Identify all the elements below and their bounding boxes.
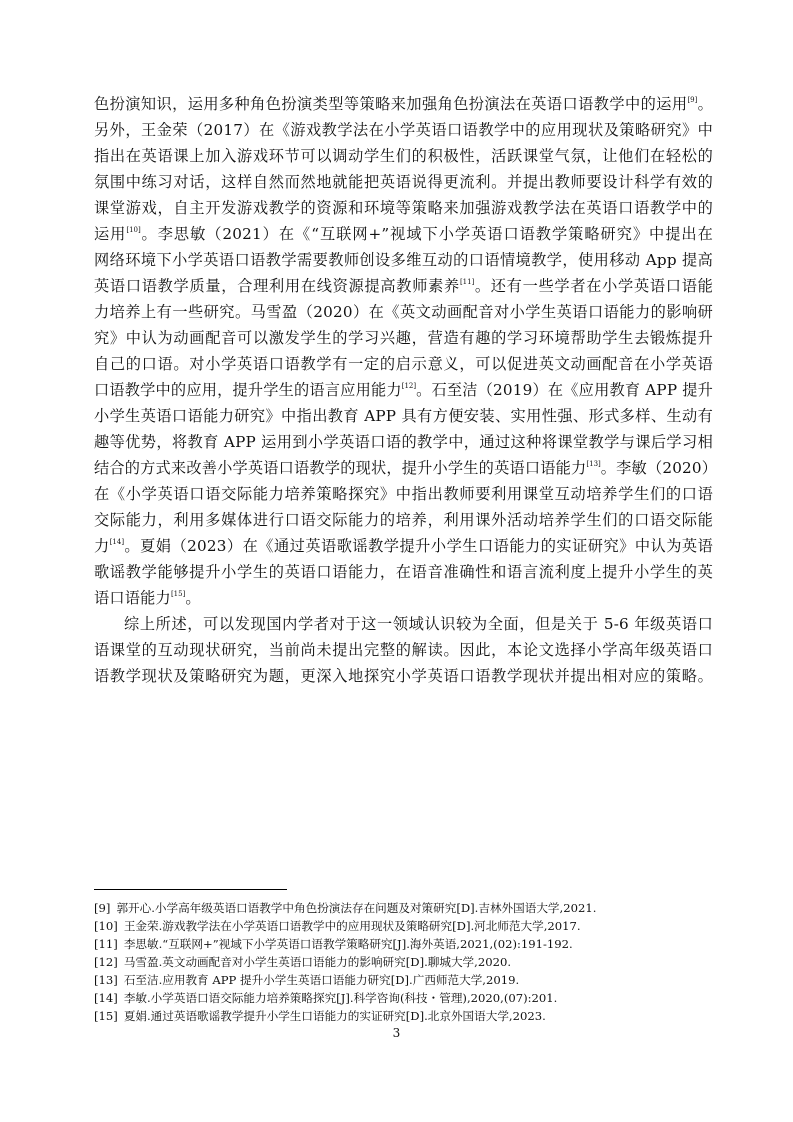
paragraph-line: 自己的口语。对小学英语口语教学有一定的启示意义，可以促进英文动画配音在小学英语	[94, 351, 713, 377]
paragraph-line: 英语口语教学质量，合理利用在线资源提高教师素养[11]。还有一些学者在小学英语口…	[94, 273, 713, 299]
footnote-text: 石至洁.应用教育 APP 提升小学生英语口语能力研究[D].广西师范大学,201…	[124, 973, 519, 987]
footnote-text: 郭开心.小学高年级英语口语教学中角色扮演法存在问题及对策研究[D].吉林外国语大…	[116, 901, 596, 915]
paragraph-line: 力培养上有一些研究。马雪盈（2020）在《英文动画配音对小学生英语口语能力的影响…	[94, 299, 713, 325]
citation-ref[interactable]: [15]	[171, 590, 185, 598]
footnote-number: [11]	[94, 937, 118, 951]
citation-ref[interactable]: [14]	[110, 538, 124, 546]
footnote-item: [13]石至洁.应用教育 APP 提升小学生英语口语能力研究[D].广西师范大学…	[94, 971, 714, 989]
footnote-item: [14]李敏.小学英语口语交际能力培养策略探究[J].科学咨询(科技・管理),2…	[94, 989, 714, 1007]
footnotes: [9]郭开心.小学高年级英语口语教学中角色扮演法存在问题及对策研究[D].吉林外…	[94, 899, 714, 1025]
paragraph-line: 在《小学英语口语交际能力培养策略探究》中指出教师要利用课堂互动培养学生们的口语	[94, 481, 713, 507]
page-number: 3	[0, 1025, 793, 1041]
paragraph-line: 另外，王金荣（2017）在《游戏教学法在小学英语口语教学中的应用现状及策略研究》…	[94, 117, 713, 143]
footnote-text: 李思敏.“互联网+”视域下小学英语口语教学策略研究[J].海外英语,2021,(…	[124, 937, 573, 951]
paragraph-line: 课堂游戏，自主开发游戏教学的资源和环境等策略来加强游戏教学法在英语口语教学中的	[94, 195, 713, 221]
citation-ref[interactable]: [10]	[126, 226, 140, 234]
footnote-number: [15]	[94, 1009, 118, 1023]
citation-ref[interactable]: [9]	[687, 96, 697, 104]
footnote-item: [12]马雪盈.英文动画配音对小学生英语口语能力的影响研究[D].聊城大学,20…	[94, 953, 714, 971]
paragraph-line: 网络环境下小学英语口语教学需要教师创设多维互动的口语情境教学，使用移动 App …	[94, 247, 713, 273]
footnote-item: [11]李思敏.“互联网+”视域下小学英语口语教学策略研究[J].海外英语,20…	[94, 935, 714, 953]
footnote-text: 马雪盈.英文动画配音对小学生英语口语能力的影响研究[D].聊城大学,2020.	[124, 955, 511, 969]
paragraph-line: 语教学现状及策略研究为题，更深入地探究小学英语口语教学现状并提出相对应的策略。	[94, 663, 713, 689]
footnote-number: [9]	[94, 901, 110, 915]
footnote-divider	[94, 889, 287, 890]
paragraph-line: 语口语能力[15]。	[94, 585, 713, 611]
footnote-item: [9]郭开心.小学高年级英语口语教学中角色扮演法存在问题及对策研究[D].吉林外…	[94, 899, 714, 917]
citation-ref[interactable]: [13]	[586, 460, 600, 468]
paragraph-line: 口语教学中的应用，提升学生的语言应用能力[12]。石至洁（2019）在《应用教育…	[94, 377, 713, 403]
paragraph-line: 氛围中练习对话，这样自然而然地就能把英语说得更流利。并提出教师要设计科学有效的	[94, 169, 713, 195]
footnote-number: [10]	[94, 919, 118, 933]
paragraph-line: 趣等优势，将教育 APP 运用到小学英语口语的教学中，通过这种将课堂教学与课后学…	[94, 429, 713, 455]
paragraph-line: 结合的方式来改善小学英语口语教学的现状，提升小学生的英语口语能力[13]。李敏（…	[94, 455, 713, 481]
paragraph-line: 运用[10]。李思敏（2021）在《“互联网+”视域下小学英语口语教学策略研究》…	[94, 221, 713, 247]
footnote-item: [15]夏娟.通过英语歌谣教学提升小学生口语能力的实证研究[D].北京外国语大学…	[94, 1007, 714, 1025]
body-text: 色扮演知识，运用多种角色扮演类型等策略来加强角色扮演法在英语口语教学中的运用[9…	[94, 91, 713, 689]
citation-ref[interactable]: [12]	[402, 382, 416, 390]
footnote-text: 王金荣.游戏教学法在小学英语口语教学中的应用现状及策略研究[D].河北师范大学,…	[124, 919, 581, 933]
paragraph-line: 交际能力，利用多媒体进行口语交际能力的培养，利用课外活动培养学生们的口语交际能	[94, 507, 713, 533]
paragraph-line: 语课堂的互动现状研究，当前尚未提出完整的解读。因此，本论文选择小学高年级英语口	[94, 637, 713, 663]
paragraph-line: 综上所述，可以发现国内学者对于这一领域认识较为全面，但是关于 5-6 年级英语口	[94, 611, 713, 637]
paragraph-line: 歌谣教学能够提升小学生的英语口语能力，在语音准确性和语言流利度上提升小学生的英	[94, 559, 713, 585]
paragraph-line: 色扮演知识，运用多种角色扮演类型等策略来加强角色扮演法在英语口语教学中的运用[9…	[94, 91, 713, 117]
footnote-number: [13]	[94, 973, 118, 987]
paragraph-line: 究》中认为动画配音可以激发学生的学习兴趣，营造有趣的学习环境帮助学生去锻炼提升	[94, 325, 713, 351]
footnote-text: 夏娟.通过英语歌谣教学提升小学生口语能力的实证研究[D].北京外国语大学,202…	[124, 1009, 546, 1023]
footnote-text: 李敏.小学英语口语交际能力培养策略探究[J].科学咨询(科技・管理),2020,…	[124, 991, 558, 1005]
paragraph-line: 小学生英语口语能力研究》中指出教育 APP 具有方便安装、实用性强、形式多样、生…	[94, 403, 713, 429]
paragraph-line: 指出在英语课上加入游戏环节可以调动学生们的积极性，活跃课堂气氛，让他们在轻松的	[94, 143, 713, 169]
footnote-item: [10]王金荣.游戏教学法在小学英语口语教学中的应用现状及策略研究[D].河北师…	[94, 917, 714, 935]
footnote-number: [12]	[94, 955, 118, 969]
footnote-number: [14]	[94, 991, 118, 1005]
citation-ref[interactable]: [11]	[460, 278, 474, 286]
paragraph-line: 力[14]。夏娟（2023）在《通过英语歌谣教学提升小学生口语能力的实证研究》中…	[94, 533, 713, 559]
